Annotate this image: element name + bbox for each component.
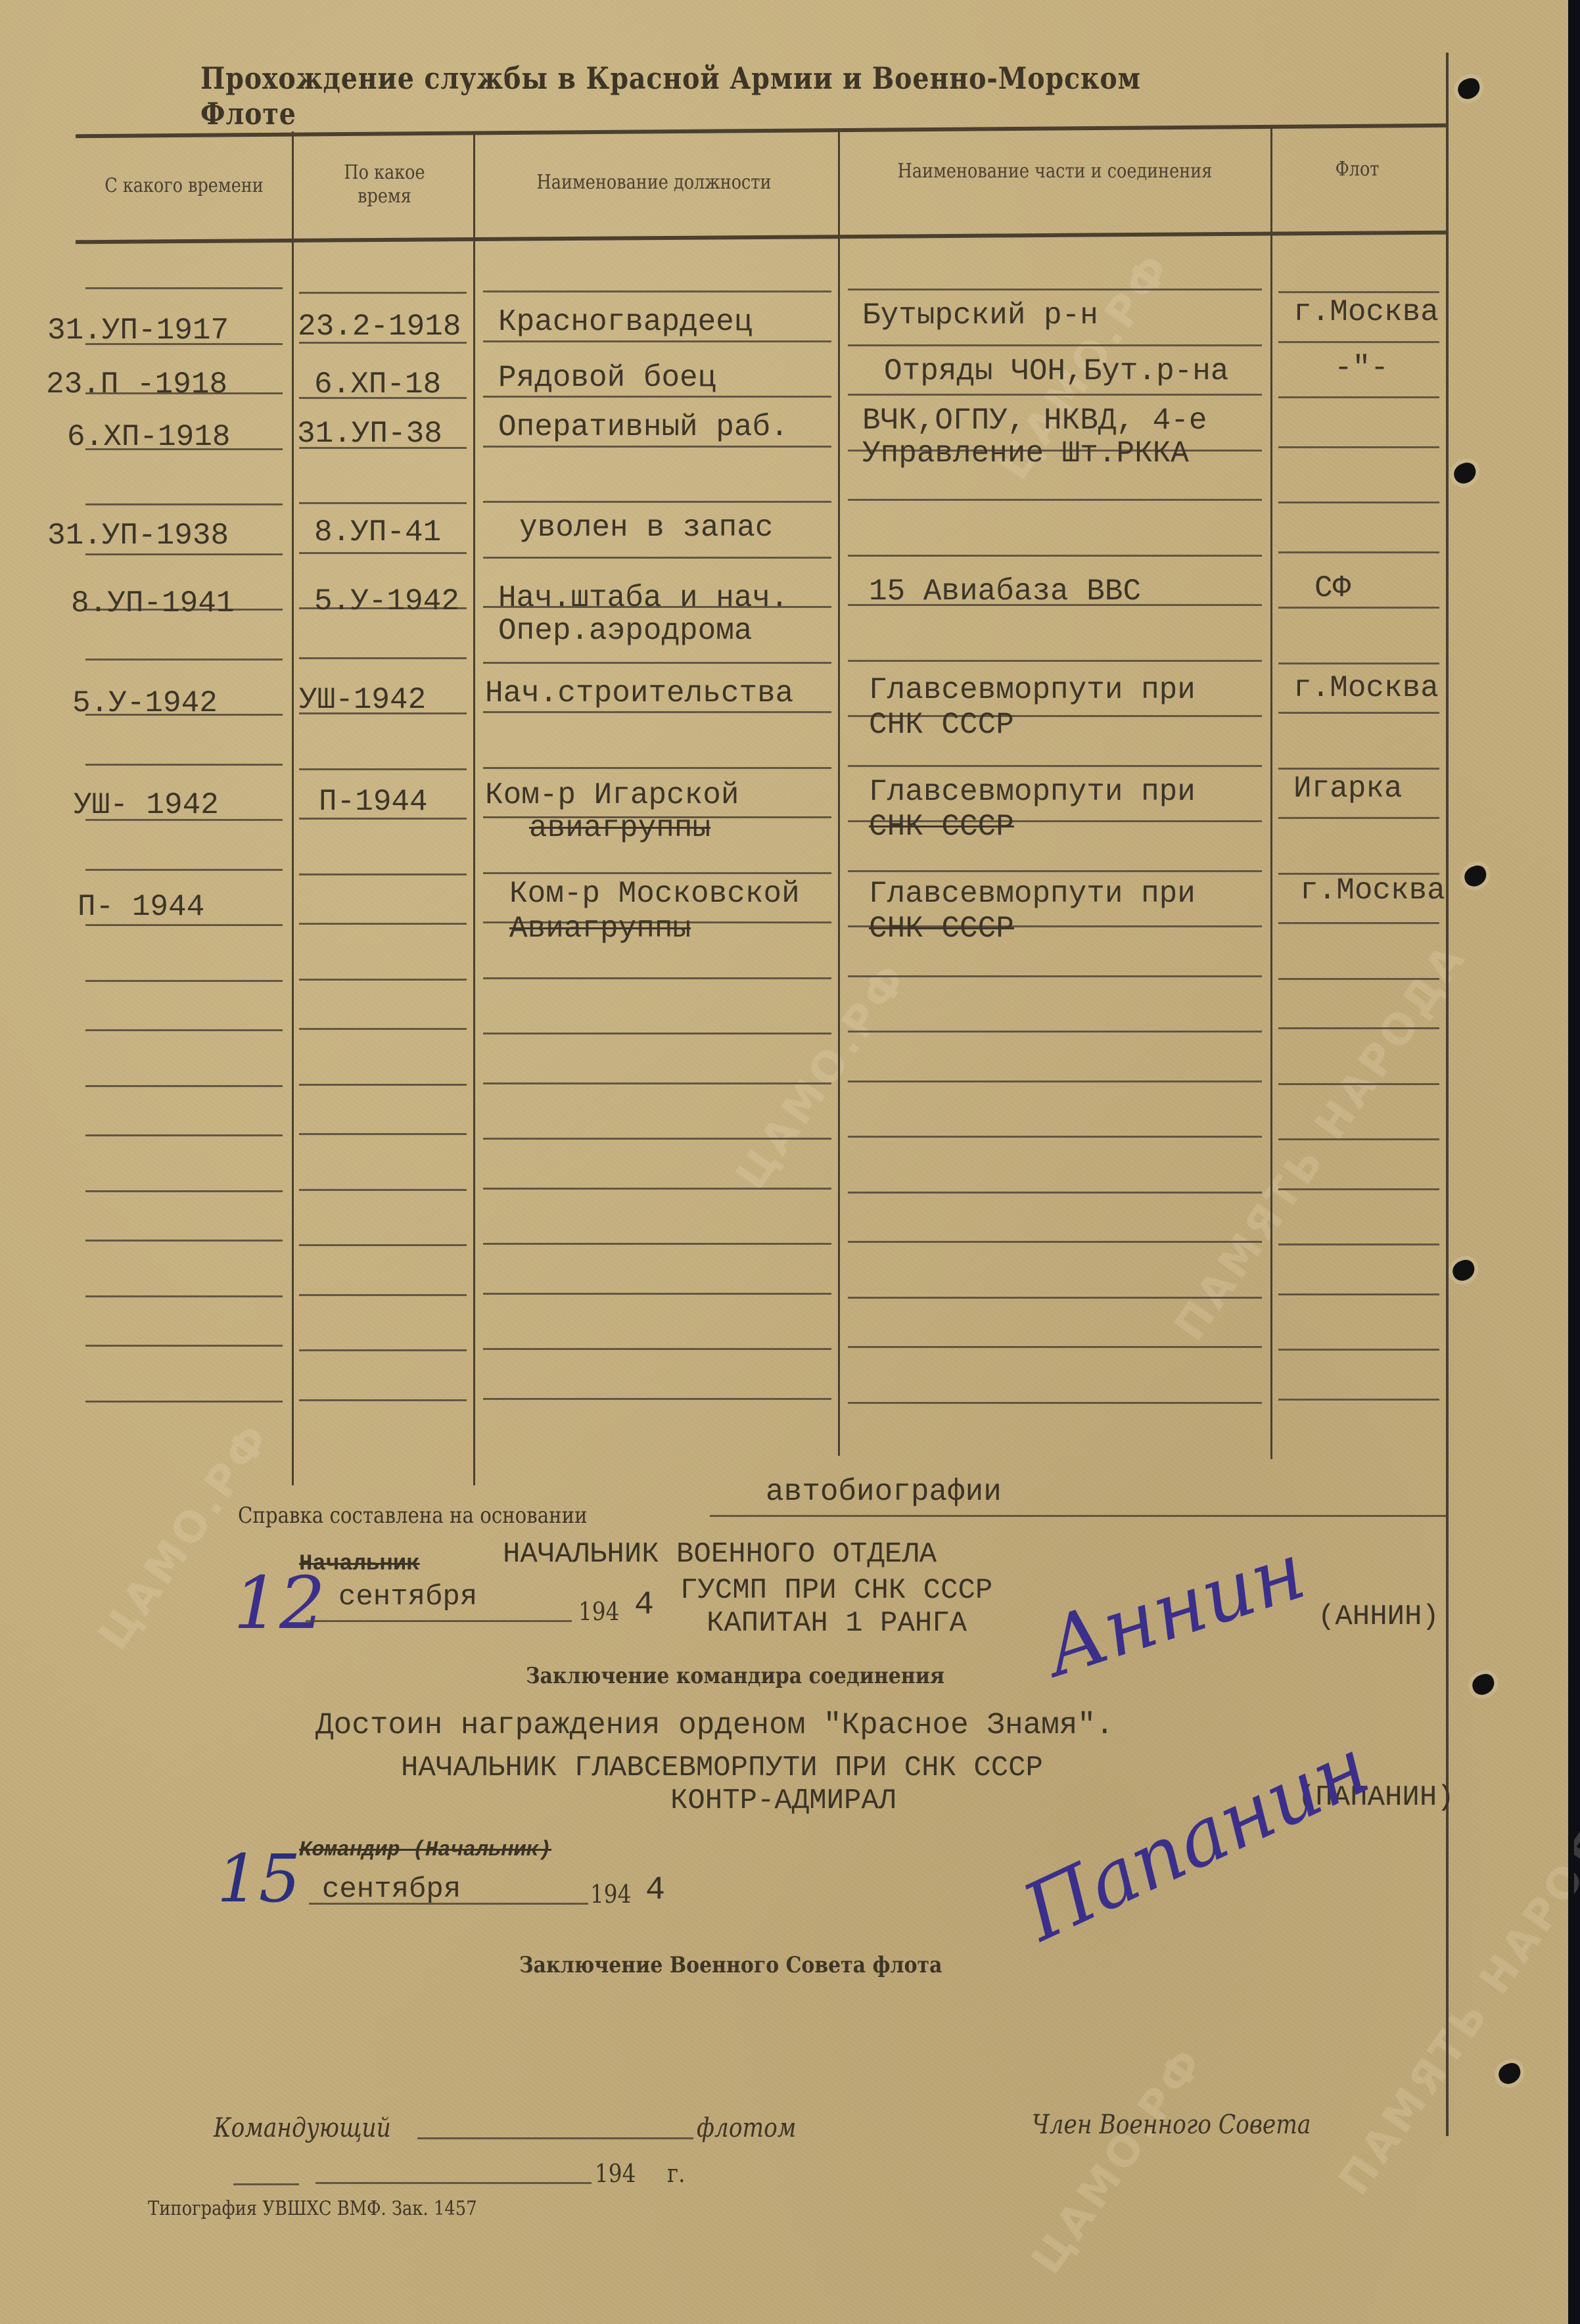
watermark: ПАМЯТЬ НАРОДА	[1165, 934, 1476, 1349]
commander-title-line2: КОНТР-АДМИРАЛ	[670, 1784, 896, 1817]
row-separator	[848, 1297, 1262, 1299]
page-title: Прохождение службы в Красной Армии и Вое…	[200, 60, 1218, 131]
column-header-fleet: Флот	[1293, 158, 1422, 181]
table-cell-to: УШ-1942	[299, 684, 426, 716]
row-separator	[85, 1190, 283, 1192]
row-separator	[1278, 922, 1439, 924]
row-separator	[299, 979, 467, 981]
row-separator	[848, 870, 1262, 872]
row-separator	[1278, 1243, 1439, 1245]
table-cell-position: Нач.штаба и нач.	[498, 582, 789, 615]
handwritten-day: 15	[217, 1840, 300, 1917]
row-separator	[848, 1031, 1262, 1033]
row-separator	[1278, 341, 1439, 343]
table-cell-unit: Бутырский р-н	[862, 299, 1098, 332]
row-separator	[483, 711, 831, 713]
signature-papanin: Папанин	[1010, 1721, 1383, 1959]
table-cell-fleet: г.Москва	[1293, 296, 1439, 329]
row-separator	[85, 924, 283, 926]
table-cell-position: Оперативный раб.	[498, 411, 789, 444]
column-divider	[838, 128, 840, 1456]
row-separator	[85, 1345, 283, 1347]
table-cell-unit: Отряды ЧОН,Бут.р-на	[884, 355, 1229, 388]
column-divider	[1270, 125, 1272, 1459]
watermark: ЦАМО.РФ	[1023, 2037, 1215, 2283]
date-year-prefix: 194	[595, 2159, 636, 2188]
column-divider	[473, 131, 475, 1485]
table-cell-unit: Главсевморпути при	[869, 674, 1196, 707]
row-separator	[1278, 396, 1439, 398]
printer-note: Типография УВШХС ВМФ. Зак. 1457	[148, 2197, 477, 2220]
margin-line	[1446, 53, 1449, 2136]
table-cell-position-line2: Опер.аэродрома	[498, 615, 752, 647]
row-separator	[848, 499, 1262, 501]
binder-hole	[1455, 76, 1483, 102]
row-separator	[85, 1134, 283, 1136]
struck-commander-title: Командир (Начальник)	[299, 1834, 551, 1867]
table-cell-unit: 15 Авиабаза ВВС	[869, 575, 1141, 608]
date-year-prefix: 194	[590, 1880, 631, 1909]
row-separator	[848, 1081, 1262, 1082]
row-separator	[483, 977, 831, 979]
row-separator	[85, 1401, 283, 1403]
table-cell-unit: ВЧК,ОГПУ, НКВД, 4-е	[862, 404, 1207, 437]
watermark: ЦАМО.РФ	[727, 953, 919, 1198]
table-cell-fleet: Игарка	[1293, 772, 1403, 805]
row-separator	[1278, 817, 1439, 819]
row-separator	[1278, 1083, 1439, 1085]
row-separator	[1278, 1293, 1439, 1295]
row-separator	[848, 765, 1262, 767]
binder-hole	[1496, 2060, 1523, 2087]
date-year-suffix: 4	[634, 1589, 654, 1622]
scan-edge	[1568, 0, 1574, 2324]
row-separator	[483, 1293, 831, 1295]
row-separator	[1278, 1138, 1439, 1140]
table-cell-position-line2: авиагруппы	[529, 812, 710, 845]
watermark: ПАМЯТЬ НАРОДА	[1330, 1788, 1580, 2204]
table-cell-to: 8.УП-41	[314, 516, 441, 549]
row-separator	[1278, 978, 1439, 980]
binder-hole	[1470, 1671, 1497, 1698]
date-month: сентября	[338, 1581, 477, 1614]
date-underline	[306, 1620, 572, 1622]
row-separator	[483, 1082, 831, 1084]
document-page: ЦАМО.РФ ПАМЯТЬ НАРОДА ЦАМО.РФ ЦАМО.РФ ПА…	[0, 0, 1574, 2324]
row-separator	[483, 290, 831, 292]
date-underline	[309, 1903, 588, 1905]
column-header-from: С какого времени	[83, 174, 285, 198]
row-separator	[1278, 1188, 1439, 1190]
commander-label: Командующий	[214, 2113, 391, 2143]
row-separator	[85, 1295, 283, 1297]
row-separator	[848, 555, 1262, 557]
row-separator	[85, 553, 283, 555]
row-separator	[483, 872, 831, 874]
row-separator	[299, 1244, 467, 1246]
row-separator	[85, 1240, 283, 1242]
column-header-unit: Наименование части и соединения	[876, 160, 1234, 183]
table-cell-unit-line2: СНК СССР	[869, 912, 1014, 945]
row-separator	[1278, 768, 1439, 770]
row-separator	[483, 767, 831, 769]
table-cell-from: УШ- 1942	[74, 789, 219, 822]
row-separator	[483, 340, 831, 342]
signer-title-line2: ГУСМП ПРИ СНК СССР	[680, 1574, 992, 1607]
table-cell-unit-line2: СНК СССР	[869, 709, 1014, 741]
row-separator	[483, 1033, 831, 1034]
row-separator	[85, 869, 283, 871]
table-cell-position: уволен в запас	[519, 511, 773, 544]
fleet-label: флотом	[697, 2113, 796, 2143]
table-cell-fleet: СФ	[1314, 572, 1351, 605]
signer-name: (АННИН)	[1318, 1600, 1439, 1633]
table-cell-to: 31.УП-38	[297, 417, 442, 450]
row-separator	[299, 1189, 467, 1191]
table-cell-position: Нач.строительства	[485, 677, 793, 710]
row-separator	[1278, 1399, 1439, 1401]
basis-underline	[710, 1515, 1446, 1517]
row-separator	[299, 552, 467, 554]
table-cell-to: 6.ХП-18	[314, 368, 441, 401]
row-separator	[299, 1294, 467, 1296]
basis-value: автобиографии	[766, 1476, 1002, 1508]
commander-signature-line	[417, 2137, 693, 2139]
council-member-label: Член Военного Совета	[1032, 2110, 1311, 2140]
handwritten-day: 12	[233, 1561, 325, 1645]
row-separator	[848, 1402, 1262, 1404]
table-cell-from: 31.УП-1938	[47, 519, 229, 552]
table-cell-unit: Главсевморпути при	[869, 776, 1196, 808]
row-separator	[1278, 501, 1439, 503]
row-separator	[1278, 291, 1439, 293]
row-separator	[483, 1138, 831, 1140]
binder-hole	[1462, 863, 1489, 889]
row-separator	[1278, 712, 1439, 714]
date-year-suffix: 4	[645, 1874, 665, 1907]
row-separator	[299, 1349, 467, 1351]
table-cell-from: П- 1944	[78, 891, 204, 923]
row-separator	[848, 394, 1262, 396]
row-separator	[299, 657, 467, 659]
table-cell-to: П-1944	[319, 785, 428, 818]
council-conclusion-heading: Заключение Военного Совета флота	[519, 1952, 942, 1978]
table-cell-from: 6.ХП-1918	[67, 421, 230, 453]
row-separator	[483, 557, 831, 559]
row-separator	[483, 1398, 831, 1400]
row-separator	[85, 659, 283, 661]
date-year-prefix: 194	[578, 1597, 619, 1626]
table-cell-unit-line2: СНК СССР	[869, 810, 1014, 843]
row-separator	[1278, 1027, 1439, 1029]
row-separator	[85, 503, 283, 505]
table-cell-unit: Главсевморпути при	[869, 877, 1196, 910]
row-separator	[848, 660, 1262, 662]
table-cell-to: 5.У-1942	[314, 585, 459, 618]
header-bottom-border	[76, 231, 1446, 244]
row-separator	[848, 1241, 1262, 1243]
row-separator	[483, 662, 831, 664]
date-day-line	[233, 2183, 299, 2185]
table-cell-fleet: г.Москва	[1300, 874, 1445, 907]
row-separator	[483, 1348, 831, 1350]
row-separator	[1278, 662, 1439, 664]
signer-title-line1: НАЧАЛЬНИК ВОЕННОГО ОТДЕЛА	[503, 1538, 937, 1571]
binder-hole	[1450, 1257, 1477, 1284]
row-separator	[299, 1133, 467, 1135]
row-separator	[1278, 1349, 1439, 1351]
row-separator	[85, 1029, 283, 1031]
table-cell-position-line2: Авиагруппы	[509, 912, 691, 945]
row-separator	[85, 287, 283, 289]
row-separator	[299, 1399, 467, 1401]
row-separator	[85, 1085, 283, 1087]
row-separator	[848, 1136, 1262, 1138]
row-separator	[85, 980, 283, 982]
commander-conclusion-heading: Заключение командира соединения	[526, 1663, 944, 1689]
table-cell-from: 31.УП-1917	[47, 314, 229, 347]
row-separator	[483, 501, 831, 503]
table-cell-position: Красногвардеец	[498, 306, 752, 338]
row-separator	[1278, 607, 1439, 609]
date-g: г.	[667, 2159, 685, 2188]
row-separator	[848, 975, 1262, 977]
table-cell-fleet: г.Москва	[1293, 672, 1439, 705]
date-month-line	[315, 2182, 592, 2184]
column-divider	[292, 131, 294, 1485]
row-separator	[299, 873, 467, 875]
row-separator	[848, 1192, 1262, 1194]
row-separator	[1278, 551, 1439, 553]
row-separator	[483, 396, 831, 398]
table-cell-fleet: -"-	[1334, 352, 1389, 384]
row-separator	[848, 289, 1262, 290]
row-separator	[299, 923, 467, 925]
row-separator	[1278, 446, 1439, 448]
table-cell-position: Ком-р Московской	[509, 877, 800, 910]
table-cell-unit-line2: Управление Шт.РККА	[862, 437, 1189, 470]
row-separator	[299, 1084, 467, 1086]
signer-title-line3: КАПИТАН 1 РАНГА	[707, 1607, 967, 1640]
row-separator	[299, 502, 467, 504]
row-separator	[848, 344, 1262, 346]
commander-title-line1: НАЧАЛЬНИК ГЛАВСЕВМОРПУТИ ПРИ СНК СССР	[401, 1752, 1043, 1784]
binder-hole	[1451, 460, 1479, 486]
date-month: сентября	[322, 1873, 461, 1906]
row-separator	[483, 1188, 831, 1190]
column-header-to: По какое время	[326, 161, 444, 208]
basis-label: Справка составлена на основании	[238, 1502, 588, 1529]
row-separator	[299, 1028, 467, 1030]
row-separator	[483, 1243, 831, 1245]
row-separator	[299, 768, 467, 770]
row-separator	[85, 764, 283, 766]
signature-annin: Аннин	[1034, 1525, 1315, 1694]
table-cell-from: 5.У-1942	[72, 687, 218, 720]
table-cell-to: 23.2-1918	[298, 310, 461, 343]
table-cell-position: Рядовой боец	[498, 361, 716, 394]
table-cell-from: 23.П -1918	[46, 368, 227, 401]
row-separator	[483, 446, 831, 448]
row-separator	[848, 1346, 1262, 1348]
table-cell-position: Ком-р Игарской	[485, 779, 739, 812]
row-separator	[299, 292, 467, 294]
column-header-position: Наименование должности	[515, 171, 794, 195]
conclusion-text: Достоин награждения орденом "Красное Зна…	[315, 1709, 1114, 1742]
table-cell-from: 8.УП-1941	[71, 587, 234, 620]
